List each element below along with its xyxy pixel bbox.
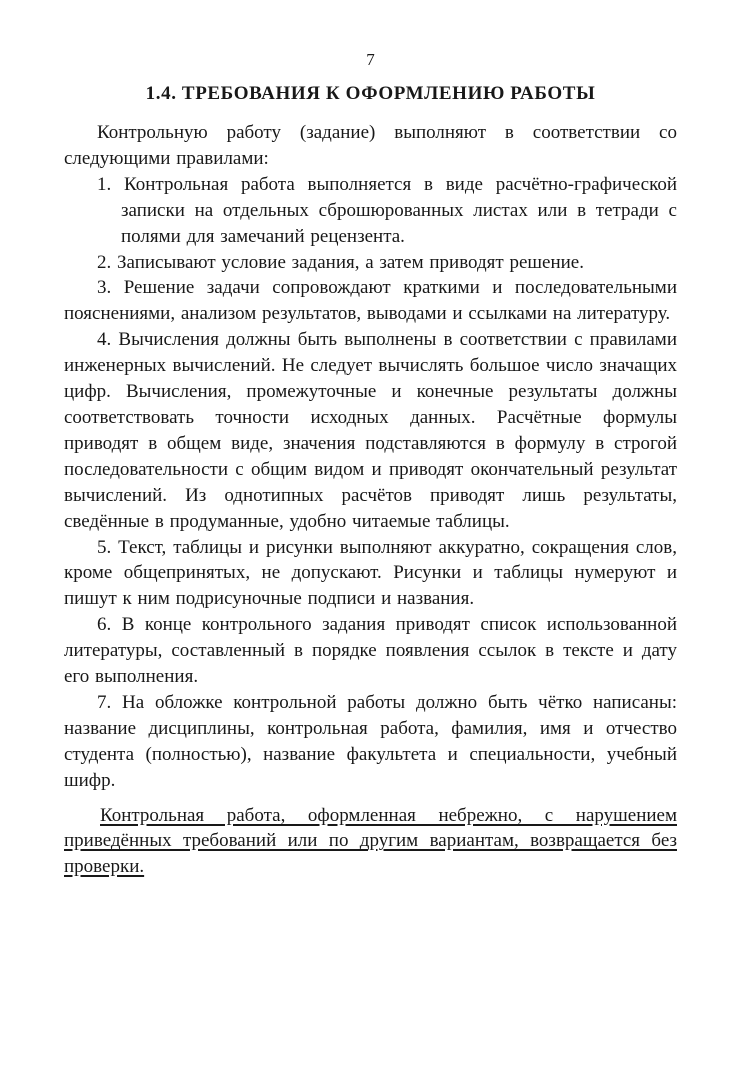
warning-paragraph: Контрольная работа, оформленная небрежно…	[64, 803, 677, 881]
page-number: 7	[64, 50, 677, 70]
rule-text: Текст, таблицы и рисунки выполняют аккур…	[64, 537, 677, 610]
rule-text: Записывают условие задания, а затем прив…	[117, 252, 584, 273]
rule-item: 4. Вычисления должны быть выполнены в со…	[64, 327, 677, 534]
rule-item: 6. В конце контрольного задания приводят…	[64, 612, 677, 690]
rule-number: 3.	[97, 277, 111, 298]
rule-item: 5. Текст, таблицы и рисунки выполняют ак…	[64, 535, 677, 613]
rule-item: 7. На обложке контрольной работы должно …	[64, 690, 677, 794]
rule-text: В конце контрольного задания приводят сп…	[64, 614, 677, 687]
rule-number: 7.	[97, 692, 111, 713]
rule-number: 1.	[97, 174, 111, 195]
rule-text: Решение задачи сопровождают краткими и п…	[64, 277, 677, 324]
rule-text: На обложке контрольной работы должно быт…	[64, 692, 677, 791]
rule-item: 2. Записывают условие задания, а затем п…	[121, 250, 677, 276]
section-heading: 1.4. ТРЕБОВАНИЯ К ОФОРМЛЕНИЮ РАБОТЫ	[64, 82, 677, 106]
rule-text: Контрольная работа выполняется в виде ра…	[121, 174, 677, 247]
rule-text: Вычисления должны быть выполнены в соотв…	[64, 329, 677, 531]
rule-number: 6.	[97, 614, 111, 635]
intro-paragraph: Контрольную работу (задание) выполняют в…	[64, 120, 677, 172]
rule-item: 1. Контрольная работа выполняется в виде…	[121, 172, 677, 250]
rule-number: 5.	[97, 537, 111, 558]
rule-number: 2.	[97, 252, 111, 273]
rule-item: 3. Решение задачи сопровождают краткими …	[64, 275, 677, 327]
rule-number: 4.	[97, 329, 111, 350]
document-page: 7 1.4. ТРЕБОВАНИЯ К ОФОРМЛЕНИЮ РАБОТЫ Ко…	[0, 0, 737, 1080]
